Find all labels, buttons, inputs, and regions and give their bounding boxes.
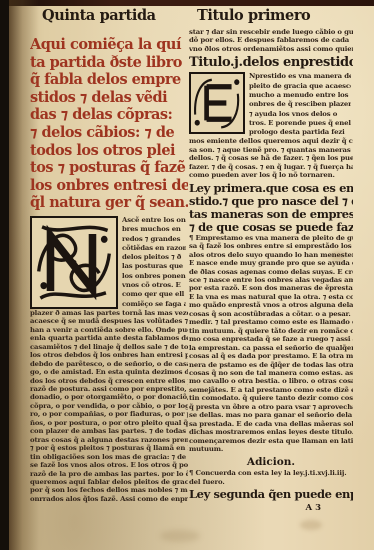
text-line: donadio, o por otorgamiẽto, o por donaci… — [30, 393, 188, 401]
text-line: delos pleitos ⁊ ð — [122, 253, 186, 262]
text-line: vnos cõ otros. E — [122, 281, 186, 290]
text-line: todos los otros plei — [30, 142, 188, 160]
text-line: vno ðlos otros ordenamiẽtos assi como qu… — [189, 45, 353, 53]
text-line: enla quarta partida ante desta fablamos … — [30, 334, 188, 342]
text-line: sa q̃ fazẽ los onbres entre si emprestãd… — [189, 242, 353, 250]
body-text-left: plazer ð amas las partes tornã las mas v… — [30, 309, 188, 503]
text-line: sce ⁊ nasce entre los onbres alas vegada… — [189, 276, 353, 284]
page-stain — [300, 520, 322, 530]
text-line: han a venir a contiẽda sobre ello. Onde … — [30, 326, 188, 334]
right-text-column: star ⁊ dar sin rescebir ende luego cãbio… — [189, 28, 353, 513]
text-line: mos emiente dellos queremos aqui dezir q… — [189, 137, 353, 145]
wrapped-text-right: Nprestido es vna manera depleito de grac… — [249, 72, 351, 137]
text-line: cosas al q̃ es dada por prestamo. E la o… — [189, 352, 353, 360]
text-line: ños, o por postura, o por otro pleito qu… — [30, 419, 188, 427]
text-line: Nprestido es vna manera de — [249, 72, 351, 81]
running-head-right: Titulo primero — [197, 7, 310, 24]
text-line: començaremos dezir esta que llaman en la… — [189, 437, 353, 445]
text-line: razõ de la pro de ambas las partes. por … — [30, 470, 188, 478]
text-line: Ascẽ entre los on — [122, 216, 186, 225]
text-line: cõtiẽdas en razon — [122, 244, 186, 253]
page-stain — [160, 530, 200, 542]
text-line: por esta razõ. E son dos maneras de ẽpre… — [189, 284, 353, 292]
text-line: onbres de q̃ resciben plazer — [249, 100, 351, 109]
text-line: E nasce ende muy grande pro que se ayuda… — [189, 259, 353, 267]
text-line: del fuero. — [189, 478, 353, 486]
text-line: onrrados alos q̃los fazẽ. Assi como de e… — [30, 495, 188, 503]
text-line: ⁊ delos cãbios: ⁊ de — [30, 124, 188, 142]
text-line: sa son. ⁊ aque tienẽ pro. ⁊ quantas mane… — [189, 146, 353, 154]
text-line: Aqui comiẽça la quí — [30, 36, 188, 54]
text-line: tros. E porende pues q̃ enel — [249, 119, 351, 128]
text-line: mucho a menudo entre los — [249, 91, 351, 100]
text-line: Ley primera.que cosa es enpre — [189, 182, 353, 195]
text-line: redos ⁊ grandes — [122, 235, 186, 244]
text-line: con plazer de ambas las partes. ⁊ de tod… — [30, 427, 188, 435]
text-line: ⁊ por q̃ estos pleitos ⁊ posturas q̃ lla… — [30, 444, 188, 452]
text-line: ⁊ de que cosas se puede fazer. — [189, 221, 353, 234]
text-line: razõ de postura. assi como por enprestit… — [30, 385, 188, 393]
text-line: por q̃ son los fechos dellos mas nobles … — [30, 486, 188, 494]
wrapped-text-left: Ascẽ entre los onbres muchos enredos ⁊ g… — [122, 216, 186, 309]
text-line: cosas q̃ son acostũbradas a cõtar. o a p… — [189, 310, 353, 318]
text-line: los otros debdos q̃ los onbres han entre… — [30, 351, 188, 359]
woodcut-initial-n-icon — [30, 216, 118, 309]
intro-text-right: mos emiente dellos queremos aqui dezir q… — [189, 137, 353, 179]
left-text-column: Aqui comiẽça la quíta partida ðste libro… — [30, 36, 188, 503]
text-line: cosas q̃ no son de tal manera como estas… — [189, 369, 353, 377]
text-line: la emprestan. ca passa el señorio de qua… — [189, 344, 353, 352]
adicion-heading: Adicion. — [189, 456, 353, 469]
initial-paragraph-left: Ascẽ entre los onbres muchos enredos ⁊ g… — [30, 216, 188, 309]
text-line: q̃ fabla delos empre — [30, 71, 188, 89]
ley-segunda-heading: Ley segunda q̃en puede enprest — [189, 488, 353, 501]
text-line: E la vna es mas natural que la otra. ⁊ e… — [189, 293, 353, 301]
text-line: star ⁊ dar sin rescebir ende luego cãbio… — [189, 28, 353, 36]
text-line: casamiẽtos ⁊ del linaje q̃ dellos sale ⁊… — [30, 343, 188, 351]
text-line: los onbres ponen — [122, 272, 186, 281]
text-line: tos ⁊ posturas q̃ fazẽ — [30, 159, 188, 177]
text-line: stido.⁊ que pro nasce del ⁊ quã — [189, 195, 353, 208]
text-line: tin comodato. q̃ quiere tanto dezir como… — [189, 394, 353, 402]
text-line: dos los otros debdos q̃ crescen entre el… — [30, 377, 188, 385]
text-line: fazer. ⁊ de q̃ cosas. ⁊ en q̃ lugar. ⁊ q… — [189, 163, 353, 171]
text-line: ¶ Concuerda con esta ley la ley.j.ti.xvj… — [189, 469, 353, 477]
woodcut-initial-e-icon — [189, 72, 245, 134]
text-line: mo cosa enprestada q̃ se faze a ruego ⁊ … — [189, 335, 353, 343]
running-head-left: Quinta partida — [42, 7, 156, 24]
text-line: ta partida ðste libro — [30, 54, 188, 72]
text-line: pleito de gracia que acaesce — [249, 82, 351, 91]
text-line: cõpra, o por vendida, o por cãbio, o por… — [30, 402, 188, 410]
ley-primera-heading: Ley primera.que cosa es enprestido.⁊ que… — [189, 182, 353, 234]
text-line: plazer ð amas las partes tornã las mas v… — [30, 309, 188, 317]
text-line: dellos. ⁊ q̃ cosas se hã de fazer. ⁊ q̃e… — [189, 154, 353, 162]
text-line: tin mutuum. q̃ quiere tãto dezir en romã… — [189, 327, 353, 335]
text-line: go, o de amistad. En esta quinta dezimos… — [30, 368, 188, 376]
scan-left-edge — [0, 0, 9, 550]
text-line: q̃l natura ger q̃ sean. — [30, 194, 188, 212]
text-line: queremos aqui fablar delos pleitos de gr… — [30, 478, 188, 486]
signature-mark: A 3 — [189, 503, 353, 513]
text-line: tin obligaciões son los mas de gracia: ⁊… — [30, 453, 188, 461]
text-line: prologo desta partida fezi — [249, 128, 351, 137]
titulo-heading: Titulo.j.delos enprestidos. — [189, 55, 353, 70]
rubric-incipit: Aqui comiẽça la quíta partida ðste libro… — [30, 36, 188, 212]
text-line: stidos ⁊ delas vẽdi — [30, 89, 188, 107]
text-line: mo quãdo enprestã vnos a otros alguna de… — [189, 301, 353, 309]
text-line: sa prestada. E de cada vna dellas mãeras… — [189, 420, 353, 428]
text-line: ro, o por compañias, o por fiaduras, o p… — [30, 410, 188, 418]
text-line: otras cosas q̃ a alguna destas razones p… — [30, 436, 188, 444]
text-line: bres muchos en — [122, 225, 186, 234]
adicion-text: ¶ Concuerda con esta ley la ley.j.ti.xvj… — [189, 469, 353, 486]
text-line: de ðlas cosas agenas como delas suyas. E… — [189, 268, 353, 276]
scan-top-edge — [0, 0, 374, 6]
text-line: comiẽço se faga a — [122, 300, 186, 309]
text-line: semejãtes. E a tal prestamo como este di… — [189, 386, 353, 394]
book-page-scan: Quinta partida Titulo primero Aqui comiẽ… — [0, 0, 374, 550]
text-line: q̃ presta vn õbre a otro para vsar ⁊ apr… — [189, 403, 353, 411]
text-line: ⁊ ayuda los vnos delos o — [249, 110, 351, 119]
text-line: debdo de parẽtesco, o de señorio, o de c… — [30, 360, 188, 368]
text-line: mo cavallo o otra bestia. o libro. o otr… — [189, 377, 353, 385]
text-line: como pueden aver los q̃ lo nõ tornaren. — [189, 171, 353, 179]
text-line: los onbres entresi de — [30, 177, 188, 195]
text-line: alos otros delo suyo quando lo han menes… — [189, 251, 353, 259]
text-line: mutuum. — [189, 445, 353, 453]
ley-primera-body: ¶ Emprestamo es vna manera de pleito de … — [189, 234, 353, 454]
text-line: tas maneras son de emprestido — [189, 208, 353, 221]
text-line: dõ por ellos. E despues fablaremos de ca… — [189, 36, 353, 44]
text-line: se fazẽ los vnos alos otros. E los otros… — [30, 461, 188, 469]
continuation-text: star ⁊ dar sin rescebir ende luego cãbio… — [189, 28, 353, 53]
text-line: las posturas que — [122, 262, 186, 271]
initial-paragraph-right: Nprestido es vna manera depleito de grac… — [189, 72, 353, 137]
text-line: acaesce q̃ se mudã despues las volũtades… — [30, 317, 188, 325]
text-line: ¶ Emprestamo es vna manera de pleito de … — [189, 234, 353, 242]
text-line: dichas mostraremos enlas leyes deste tit… — [189, 428, 353, 436]
text-line: das ⁊ delas cõpras: — [30, 106, 188, 124]
text-line: se dellas. mas no para ganar el señorio … — [189, 411, 353, 419]
text-line: nera de pstamo es de q̃lq̃er de todas la… — [189, 361, 353, 369]
text-line: medir. ⁊ tal prestamo como este es llama… — [189, 318, 353, 326]
text-line: como qer que ell — [122, 290, 186, 299]
